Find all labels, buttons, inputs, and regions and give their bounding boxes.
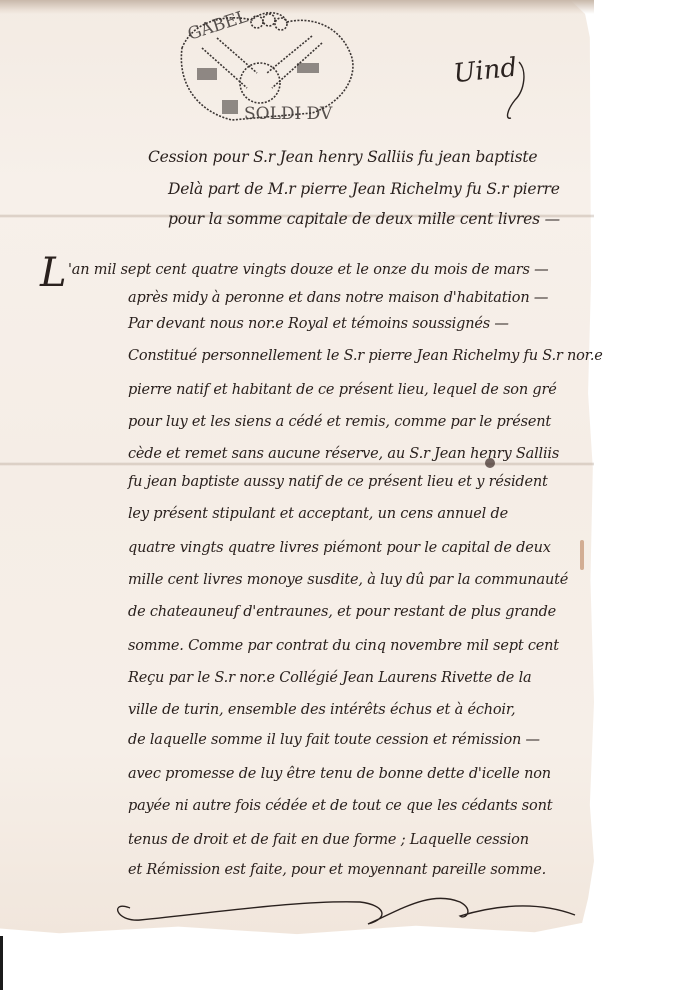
fold-line-middle (0, 462, 594, 466)
tax-seal-stamp-icon: GABEL SOLDI DV (162, 8, 362, 126)
heading-line-1: Cession pour S.r Jean henry Salliis fu j… (148, 148, 537, 166)
body-line-10: quatre vingts quatre livres piémont pour… (128, 540, 551, 556)
document-paper (0, 0, 594, 936)
body-line-18: payée ni autre fois cédée et de tout ce … (128, 798, 552, 814)
body-line-16: de laquelle somme il luy fait toute cess… (128, 732, 540, 748)
body-line-14: Reçu par le S.r nor.e Collégié Jean Laur… (128, 670, 531, 686)
heading-line-2: Delà part de M.r pierre Jean Richelmy fu… (168, 180, 560, 198)
body-line-9: ley présent stipulant et acceptant, un c… (128, 506, 508, 522)
body-line-13: somme. Comme par contrat du cinq novembr… (128, 638, 559, 654)
body-line-12: de chateauneuf d'entraunes, et pour rest… (128, 604, 556, 620)
scan-edge-bar (0, 936, 3, 990)
signature-flourish (497, 60, 537, 122)
body-line-8: fu jean baptiste aussy natif de ce prése… (128, 474, 548, 490)
body-line-7: cède et remet sans aucune réserve, au S.… (128, 446, 559, 462)
body-line-2: après midy à peronne et dans notre maiso… (128, 290, 548, 306)
body-line-6: pour luy et les siens a cédé et remis, c… (128, 414, 551, 430)
drop-cap: L (40, 250, 67, 296)
body-line-5: pierre natif et habitant de ce présent l… (128, 382, 557, 398)
body-line-20: et Rémission est faite, pour et moyennan… (128, 862, 546, 878)
heading-line-3: pour la somme capitale de deux mille cen… (168, 210, 560, 228)
body-line-1: 'an mil sept cent quatre vingts douze et… (68, 262, 548, 278)
body-line-11: mille cent livres monoye susdite, à luy … (128, 572, 568, 588)
closing-flourish (100, 880, 580, 930)
body-line-17: avec promesse de luy être tenu de bonne … (128, 766, 551, 782)
stamp-bottom-text: SOLDI DV (244, 104, 333, 124)
edge-stain (580, 540, 584, 570)
body-line-15: ville de turin, ensemble des intérêts éc… (128, 702, 515, 718)
body-line-3: Par devant nous nor.e Royal et témoins s… (128, 316, 509, 332)
body-line-4: Constitué personnellement le S.r pierre … (128, 348, 603, 364)
body-line-19: tenus de droit et de fait en due forme ;… (128, 832, 529, 848)
